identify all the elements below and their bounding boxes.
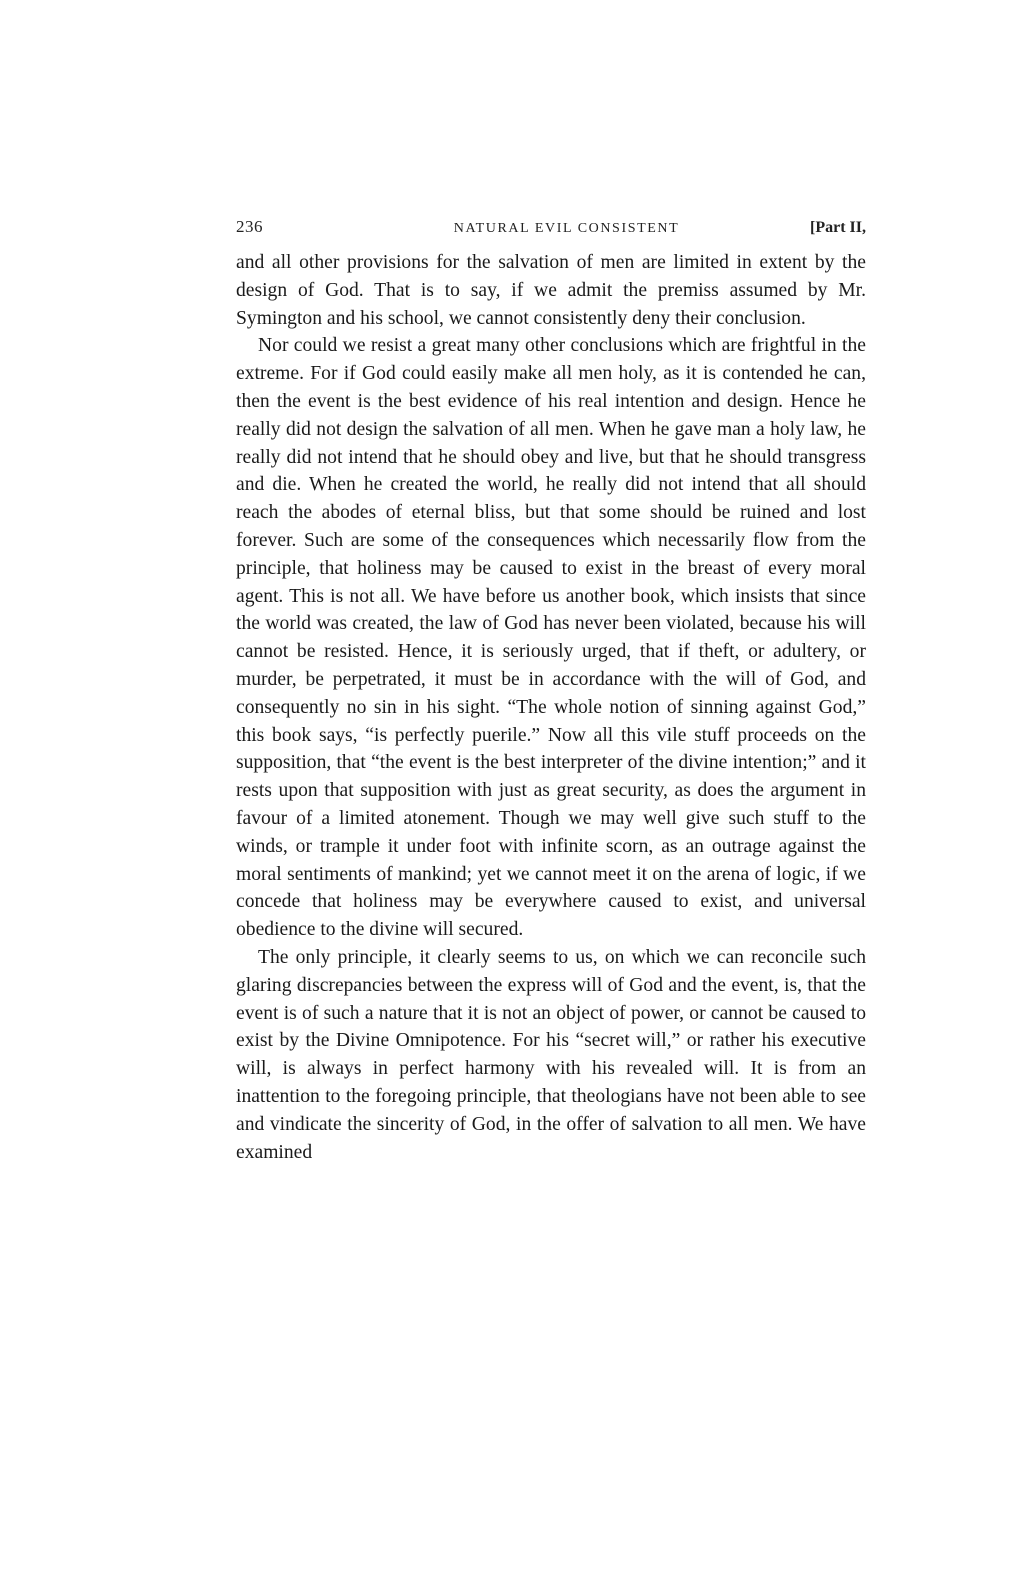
running-header: 236 NATURAL EVIL CONSISTENT [Part II, (236, 213, 866, 241)
paragraph-3: The only principle, it clearly seems to … (236, 944, 866, 1166)
book-page: 236 NATURAL EVIL CONSISTENT [Part II, an… (236, 213, 866, 1166)
paragraph-2: Nor could we resist a great many other c… (236, 332, 866, 944)
running-title: NATURAL EVIL CONSISTENT (454, 215, 680, 243)
page-number: 236 (236, 213, 263, 241)
body-text: and all other provisions for the salvati… (236, 249, 866, 1166)
paragraph-1: and all other provisions for the salvati… (236, 249, 866, 332)
part-label: [Part II, (810, 214, 866, 242)
